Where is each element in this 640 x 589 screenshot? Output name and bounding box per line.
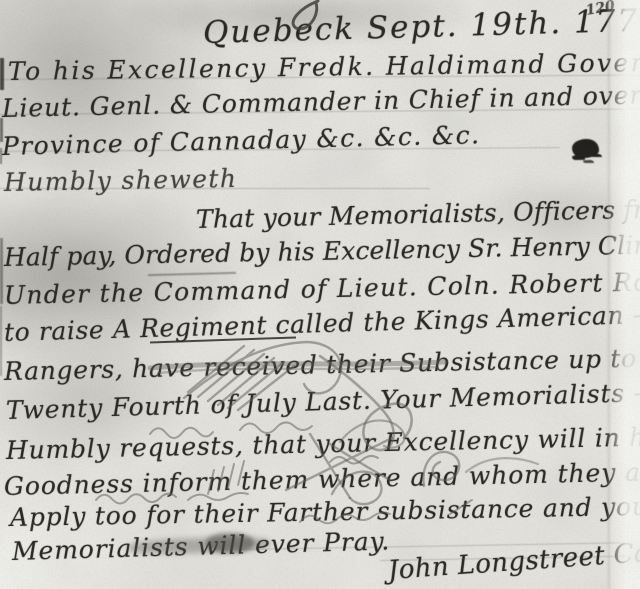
manuscript-line-10: Twenty Fourth of July Last. Your Memoria… bbox=[6, 378, 640, 425]
scan-edge-mark bbox=[0, 148, 2, 164]
scan-edge-mark bbox=[0, 238, 3, 304]
scan-edge-mark bbox=[0, 306, 2, 376]
paper-highlight-right bbox=[606, 0, 640, 589]
manuscript-line-9: Rangers, have received their Subsistance… bbox=[4, 343, 640, 386]
manuscript-page: Quebeck Sept. 19th. 1779 120 To his Exce… bbox=[0, 0, 640, 589]
manuscript-line-1: To his Excellency Fredk. Haldimand Gover… bbox=[8, 47, 640, 86]
manuscript-line-4: Humbly sheweth bbox=[4, 164, 238, 197]
manuscript-line-3: Province of Cannaday &c. &c. &c. bbox=[2, 120, 481, 161]
scan-edge-mark bbox=[0, 118, 3, 142]
manuscript-line-6: Half pay, Ordered by his Excellency Sr. … bbox=[4, 230, 640, 272]
ink-blot bbox=[572, 139, 599, 158]
dateline: Quebeck Sept. 19th. 1779 bbox=[202, 2, 640, 51]
ink-smudge bbox=[206, 533, 254, 553]
scan-edge-mark bbox=[0, 58, 4, 90]
manuscript-line-11: Humbly requests, that your Excellency wi… bbox=[6, 422, 640, 465]
manuscript-line-5: That your Memorialists, Officers from bbox=[196, 194, 640, 234]
manuscript-line-2: Lieut. Genl. & Commander in Chief in and… bbox=[2, 79, 640, 123]
